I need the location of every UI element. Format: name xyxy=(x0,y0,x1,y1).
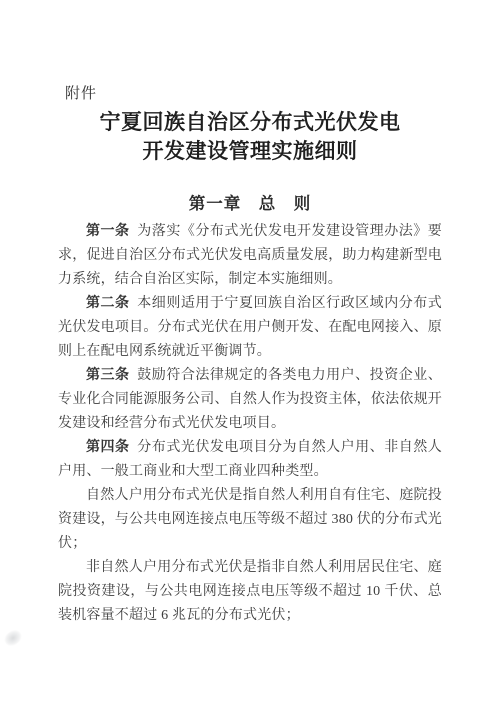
article-paragraph-6: 非自然人户用分布式光伏是指非自然人利用居民住宅、庭院投资建设，与公共电网连接点电… xyxy=(58,556,442,628)
document-page: 附件 宁夏回族自治区分布式光伏发电 开发建设管理实施细则 第一章 总 则 第一条… xyxy=(0,0,500,707)
article-number-4: 第四条 xyxy=(86,440,130,455)
chapter-heading: 第一章 总 则 xyxy=(58,194,442,214)
document-title: 宁夏回族自治区分布式光伏发电 开发建设管理实施细则 xyxy=(58,108,442,166)
article-paragraph-4: 第四条分布式光伏发电项目分为自然人户用、非自然人户用、一般工商业和大型工商业四种… xyxy=(58,436,442,484)
article-number-2: 第二条 xyxy=(86,296,130,311)
title-line-2: 开发建设管理实施细则 xyxy=(143,140,358,163)
article-text-6: 非自然人户用分布式光伏是指非自然人利用居民住宅、庭院投资建设，与公共电网连接点电… xyxy=(58,560,442,623)
attachment-label: 附件 xyxy=(65,86,442,102)
article-number-1: 第一条 xyxy=(86,224,130,239)
scan-smudge xyxy=(2,627,25,649)
article-paragraph-3: 第三条鼓励符合法律规定的各类电力用户、投资企业、专业化合同能源服务公司、自然人作… xyxy=(58,364,442,436)
article-text-5: 自然人户用分布式光伏是指自然人利用自有住宅、庭院投资建设，与公共电网连接点电压等… xyxy=(58,488,442,551)
title-line-1: 宁夏回族自治区分布式光伏发电 xyxy=(100,111,401,134)
document-body: 第一条为落实《分布式光伏发电开发建设管理办法》要求，促进自治区分布式光伏发电高质… xyxy=(58,220,442,628)
article-paragraph-2: 第二条本细则适用于宁夏回族自治区行政区域内分布式光伏发电项目。分布式光伏在用户侧… xyxy=(58,292,442,364)
article-paragraph-5: 自然人户用分布式光伏是指自然人利用自有住宅、庭院投资建设，与公共电网连接点电压等… xyxy=(58,484,442,556)
article-number-3: 第三条 xyxy=(86,368,130,383)
article-paragraph-1: 第一条为落实《分布式光伏发电开发建设管理办法》要求，促进自治区分布式光伏发电高质… xyxy=(58,220,442,292)
